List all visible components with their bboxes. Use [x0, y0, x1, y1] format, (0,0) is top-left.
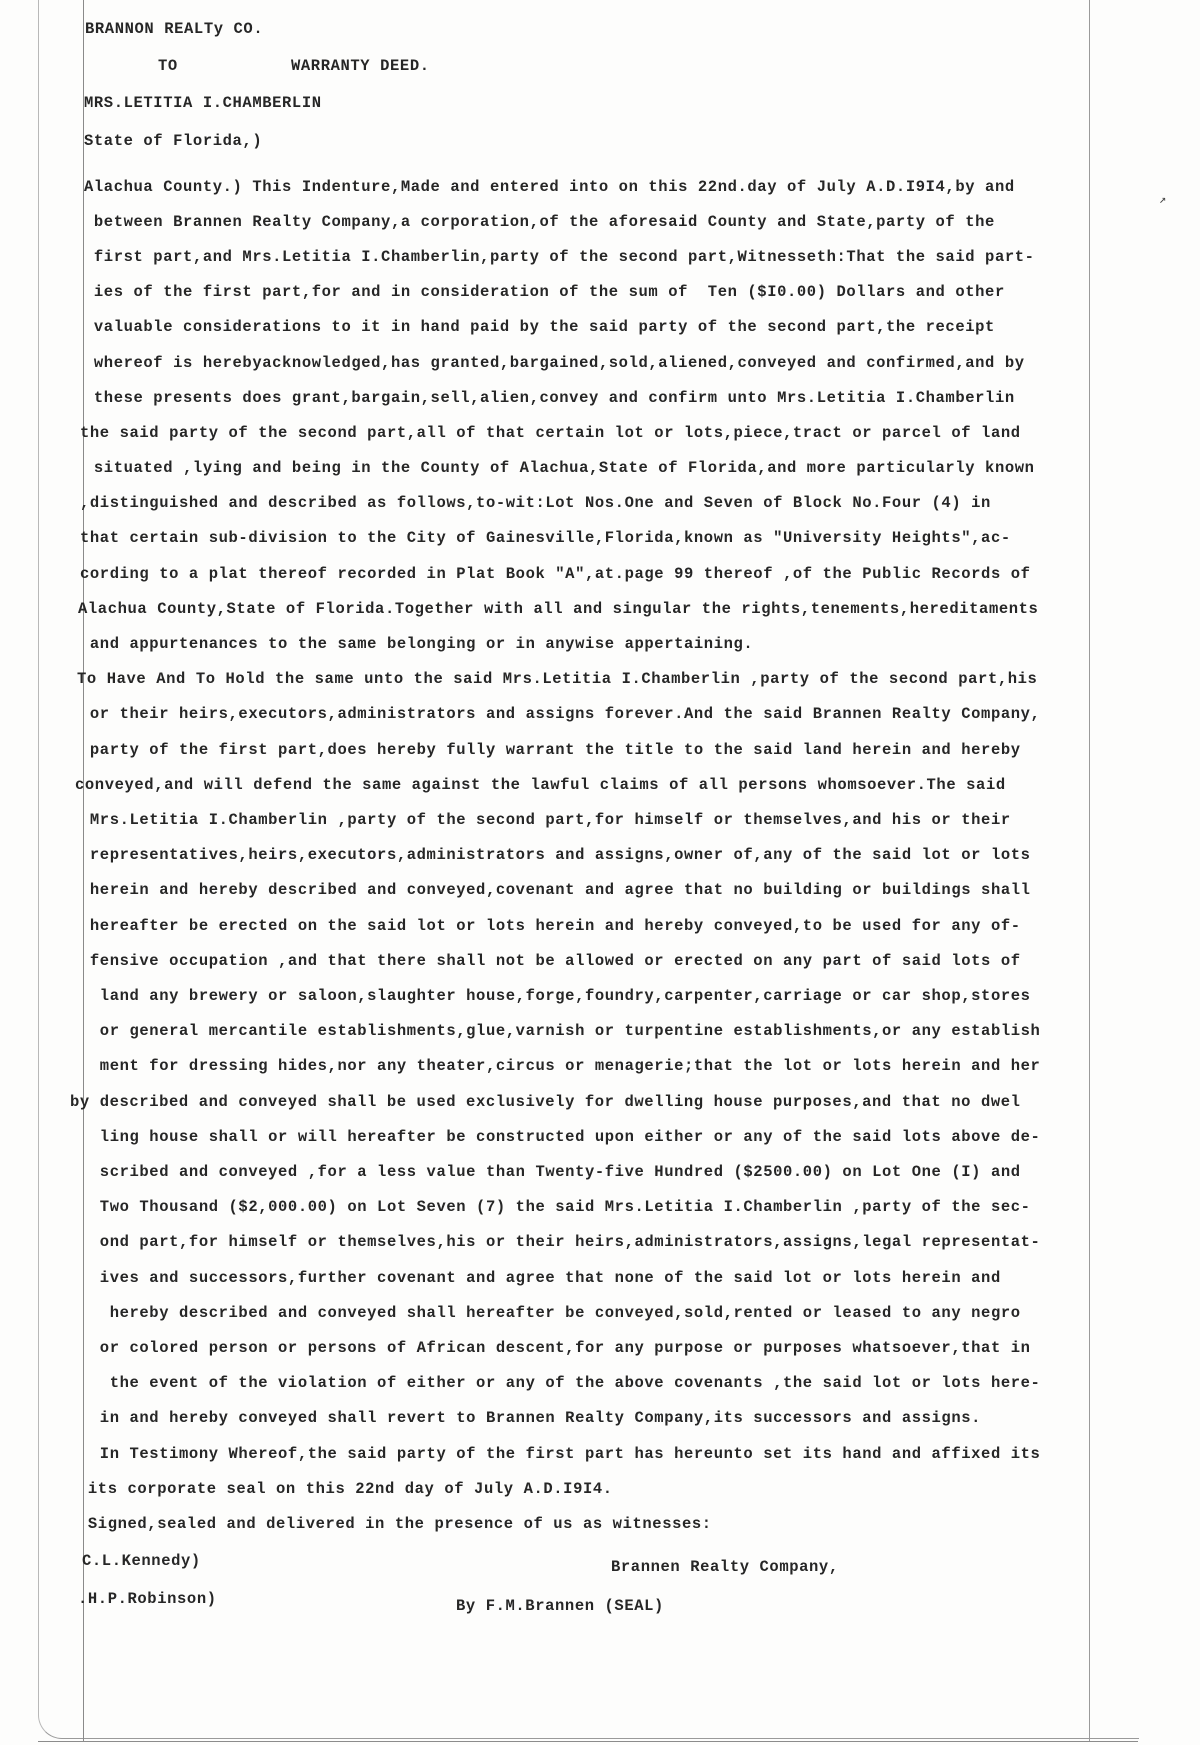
body-line: valuable considerations to it in hand pa…: [84, 318, 995, 336]
witness-2: .H.P.Robinson): [78, 1590, 217, 1608]
signatory-company: Brannen Realty Company,: [611, 1558, 839, 1576]
body-line: Signed,sealed and delivered in the prese…: [78, 1515, 712, 1533]
body-line: ,distinguished and described as follows,…: [80, 494, 991, 512]
right-margin-rule: [1089, 0, 1090, 1742]
body-line: In Testimony Whereof,the said party of t…: [80, 1445, 1040, 1463]
body-line: conveyed,and will defend the same agains…: [75, 776, 1006, 794]
body-line: scribed and conveyed ,for a less value t…: [80, 1163, 1021, 1181]
to-label: TO: [158, 57, 178, 75]
body-line: ies of the first part,for and in conside…: [84, 283, 1005, 301]
body-line: in and hereby conveyed shall revert to B…: [80, 1409, 981, 1427]
body-line: hereby described and conveyed shall here…: [80, 1304, 1021, 1322]
body-line: herein and hereby described and conveyed…: [80, 881, 1031, 899]
body-line: ment for dressing hides,nor any theater,…: [80, 1057, 1040, 1075]
body-line: Alachua County.) This Indenture,Made and…: [84, 178, 1015, 196]
body-line: representatives,heirs,executors,administ…: [80, 846, 1031, 864]
body-line: ives and successors,further covenant and…: [80, 1269, 1001, 1287]
body-line: Mrs.Letitia I.Chamberlin ,party of the s…: [80, 811, 1011, 829]
body-line: or general mercantile establishments,glu…: [80, 1022, 1040, 1040]
bottom-edge-rule: [38, 1741, 1138, 1742]
body-line: hereafter be erected on the said lot or …: [80, 917, 1021, 935]
body-line: the said party of the second part,all of…: [80, 424, 1021, 442]
grantor-heading: BRANNON REALTy CO.: [85, 20, 263, 38]
scanned-deed-page: ↗ BRANNON REALTy CO. TO WARRANTY DEED. M…: [0, 0, 1200, 1745]
body-line: party of the first part,does hereby full…: [80, 741, 1021, 759]
body-line: between Brannen Realty Company,a corpora…: [84, 213, 995, 231]
body-line: cording to a plat thereof recorded in Pl…: [80, 565, 1031, 583]
deed-title: WARRANTY DEED.: [291, 57, 430, 75]
body-line: and appurtenances to the same belonging …: [80, 635, 753, 653]
body-line: land any brewery or saloon,slaughter hou…: [80, 987, 1031, 1005]
venue-state: State of Florida,): [84, 132, 262, 150]
body-line: To Have And To Hold the same unto the sa…: [77, 670, 1037, 688]
body-line: fensive occupation ,and that there shall…: [80, 952, 1021, 970]
signed-by: By F.M.Brannen (SEAL): [456, 1597, 664, 1615]
body-line: situated ,lying and being in the County …: [84, 459, 1035, 477]
grantee-heading: MRS.LETITIA I.CHAMBERLIN: [84, 94, 322, 112]
body-line: or colored person or persons of African …: [80, 1339, 1031, 1357]
body-line: Alachua County,State of Florida.Together…: [78, 600, 1038, 618]
body-line: ond part,for himself or themselves,his o…: [80, 1233, 1040, 1251]
body-line: the event of the violation of either or …: [80, 1374, 1040, 1392]
body-line: by described and conveyed shall be used …: [70, 1093, 1021, 1111]
witness-1: C.L.Kennedy): [82, 1552, 201, 1570]
body-line: first part,and Mrs.Letitia I.Chamberlin,…: [84, 248, 1035, 266]
body-line: its corporate seal on this 22nd day of J…: [78, 1480, 613, 1498]
body-line: that certain sub-division to the City of…: [80, 529, 1011, 547]
stray-ink-mark: ↗: [1159, 192, 1166, 207]
body-line: ling house shall or will hereafter be co…: [80, 1128, 1040, 1146]
body-line: or their heirs,executors,administrators …: [80, 705, 1040, 723]
body-line: these presents does grant,bargain,sell,a…: [84, 389, 1015, 407]
body-line: whereof is herebyacknowledged,has grante…: [84, 354, 1025, 372]
body-line: Two Thousand ($2,000.00) on Lot Seven (7…: [80, 1198, 1031, 1216]
